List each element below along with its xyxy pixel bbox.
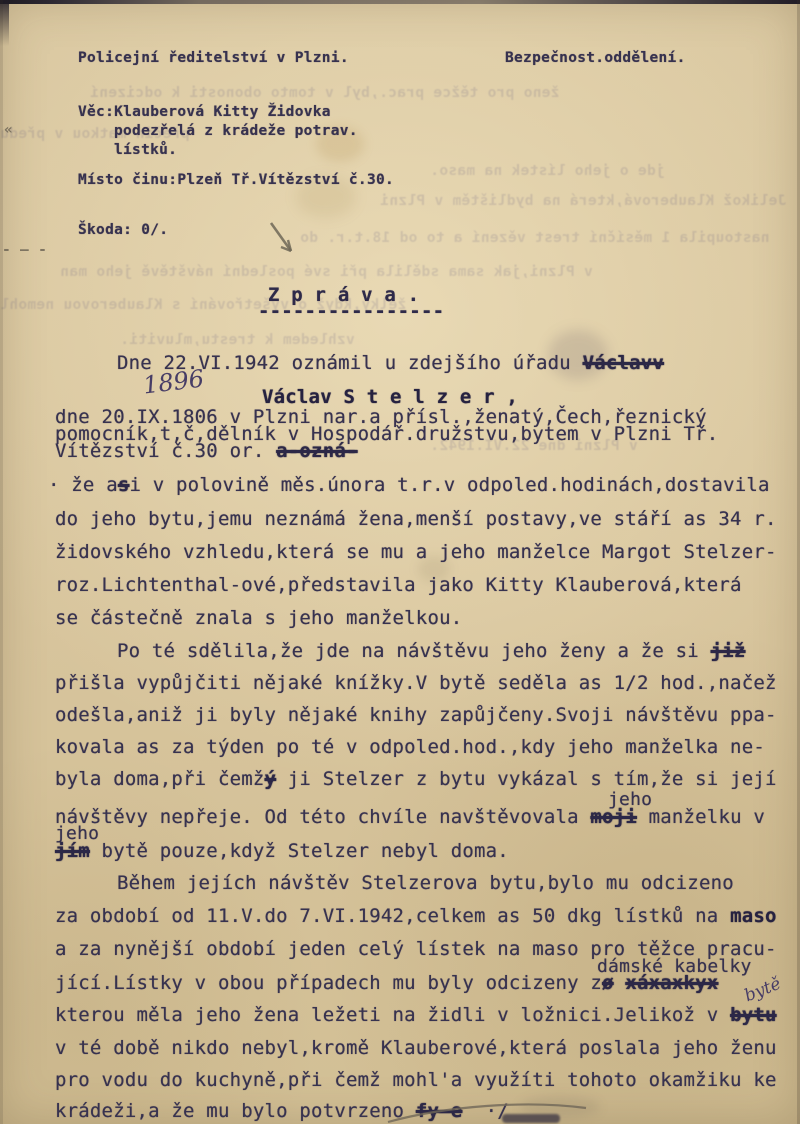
struck-text: s xyxy=(118,474,130,496)
text-segment: · že a xyxy=(48,474,118,496)
para1-line-4: roz.Lichtenthal-ové,představila jako Kit… xyxy=(55,574,742,596)
para2-line-6: návštěvy nepřeje. Od této chvíle navštěv… xyxy=(55,806,765,828)
text-segment: návštěvy nepřeje. Od této chvíle navštěv… xyxy=(55,806,590,828)
para3-line-6: v té době nikdo nebyl,kromě Klauberové,k… xyxy=(55,1037,777,1059)
text-segment: za období od 11.V.do 7.VI.1942,celkem as… xyxy=(55,905,730,927)
ghost-bleedthrough-line: nastoupila 1 měsíční trest vězení a to o… xyxy=(300,230,770,246)
text-segment: krádeži,a že mu bylo potvrzeno xyxy=(55,1100,416,1122)
header-right: Bezpečnost.oddělení. xyxy=(505,50,686,66)
para2-line-4: kovala as za týden po té v odpoled.hod.,… xyxy=(55,736,765,758)
text-segment: jící.Lístky v obou případech mu byly odc… xyxy=(55,972,602,994)
para2-line-5: byla doma,při čemžý ji Stelzer z bytu vy… xyxy=(55,768,777,790)
para2-line-7: jím bytě pouze,když Stelzer nebyl doma. xyxy=(55,840,509,862)
overtyped-text: maso xyxy=(730,905,777,927)
damage-line: Škoda: 0/. xyxy=(78,222,168,238)
struck-text: Václavv xyxy=(583,352,664,374)
para2-line-2: přišla vypůjčiti nějaké knížky.V bytě se… xyxy=(55,672,777,694)
para1-line-2: do jeho bytu,jemu neznámá žena,menší pos… xyxy=(55,508,777,530)
para3-line-2: za období od 11.V.do 7.VI.1942,celkem as… xyxy=(55,905,777,927)
para3-line-1: Během jejích návštěv Stelzerova bytu,byl… xyxy=(117,872,734,894)
ghost-bleedthrough-line: vzhledem k trestu,mluviti. xyxy=(120,332,355,348)
person-name-line: Václav S t e l z e r , xyxy=(262,386,518,408)
struck-text: ý xyxy=(265,768,277,790)
para1-line-5: se částečně znala s jeho manželkou. xyxy=(55,607,462,629)
title-underline: ---------------- xyxy=(258,300,444,322)
struck-text: xáxaxkyx xyxy=(625,972,718,994)
struck-text: moji xyxy=(590,806,637,828)
margin-pencil-dashes: - — - xyxy=(2,242,47,258)
para3-line-7: pro vodu do kuchyně,při čemž mohl'a využ… xyxy=(55,1069,777,1091)
text-segment xyxy=(614,972,626,994)
ghost-bleedthrough-line: jde o jeho lístek na maso. xyxy=(430,163,665,179)
scan-edge-top xyxy=(0,0,800,4)
para2-line-3: odešla,aniž ji byly nějaké knihy zapůjče… xyxy=(55,704,777,726)
pencil-swoosh-mark xyxy=(386,1096,596,1124)
scan-edge-left xyxy=(0,0,3,1124)
text-segment: ji Stelzer z bytu vykázal s tím,že si je… xyxy=(276,768,776,790)
header-left: Policejní ředitelství v Plzni. xyxy=(78,50,349,66)
para2-line-1: Po té sdělila,že jde na návštěvu jeho že… xyxy=(117,640,746,662)
text-segment: byla doma,při čemž xyxy=(55,768,265,790)
text-segment: Vítězství č.30 or. xyxy=(55,440,276,462)
handwritten-year: 1896 xyxy=(142,364,206,399)
text-segment: i v polovině měs.února t.r.v odpoled.hod… xyxy=(129,474,769,496)
para1-line-1: · že asi v polovině měs.února t.r.v odpo… xyxy=(48,474,770,496)
struck-text: již xyxy=(711,640,746,662)
text-segment: manželku v xyxy=(637,806,765,828)
pencil-arrow-mark xyxy=(266,220,302,262)
ghost-bleedthrough-line: ženo pro těžce prac.,byl v tomto obonost… xyxy=(90,85,560,101)
pencil-blob-mark xyxy=(502,1114,560,1123)
text-segment: kterou měla jeho žena ležeti na židli v … xyxy=(55,1004,730,1026)
ghost-bleedthrough-line: Jelikož Klauberová,která na bydlištěm v … xyxy=(380,193,786,209)
para1-line-3: židovského vzhledu,která se mu a jeho ma… xyxy=(55,541,777,563)
margin-pencil-chevron: « xyxy=(4,122,13,138)
struck-text: ø xyxy=(602,972,614,994)
subject-line-2: podezřelá z krádeže potrav. xyxy=(114,123,358,139)
para3-line-4: jící.Lístky v obou případech mu byly odc… xyxy=(55,972,718,994)
ghost-bleedthrough-line: v Plzni,jak sama sdělila při své posledn… xyxy=(60,264,593,280)
para3-line-5: kterou měla jeho žena ležeti na židli v … xyxy=(55,1004,777,1026)
subject-line-1: Věc:Klauberová Kitty Židovka xyxy=(78,104,331,120)
text-segment: bytě pouze,když Stelzer nebyl doma. xyxy=(90,840,509,862)
document-page: ženo pro těžce prac.,byl v tomto obonost… xyxy=(0,0,800,1124)
person-detail-line-3: Vítězství č.30 or. a-ozná- xyxy=(55,440,358,462)
struck-text: bytu xyxy=(730,1004,777,1026)
subject-line-3: lístků. xyxy=(114,142,177,158)
handwritten-byte: bytě xyxy=(742,974,784,1007)
struck-text: jím xyxy=(55,840,90,862)
crime-scene-line: Místo činu:Plzeň Tř.Vítězství č.30. xyxy=(78,172,394,188)
struck-text: a-ozná- xyxy=(276,440,357,462)
text-segment: Po té sdělila,že jde na návštěvu jeho že… xyxy=(117,640,711,662)
